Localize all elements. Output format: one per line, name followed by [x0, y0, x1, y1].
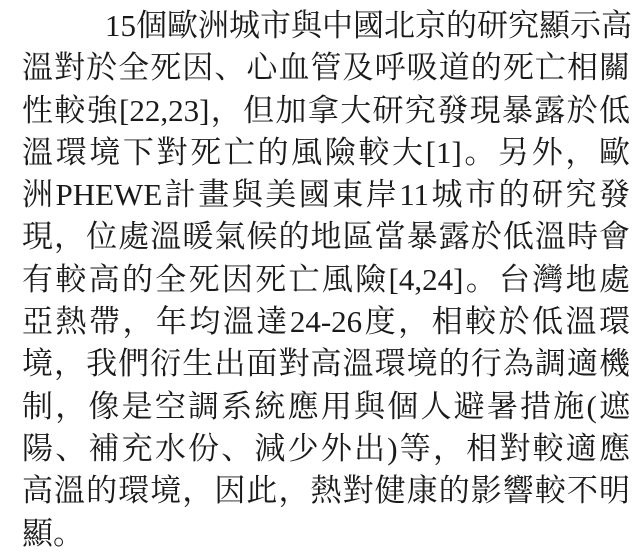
text-line: 15個歐洲城市與中國北京的研究顯示高 — [22, 5, 630, 47]
text-line: 陽、補充水份、減少外出)等，相對較適應 — [22, 428, 630, 470]
paragraph-block: 15個歐洲城市與中國北京的研究顯示高溫對於全死因、心血管及呼吸道的死亡相關性較強… — [22, 5, 630, 554]
text-line: 高溫的環境，因此，熱對健康的影響較不明 — [22, 470, 630, 512]
text-line: 境，我們衍生出面對高溫環境的行為調適機 — [22, 343, 630, 385]
document-page: 15個歐洲城市與中國北京的研究顯示高溫對於全死因、心血管及呼吸道的死亡相關性較強… — [0, 0, 643, 554]
text-line: 制，像是空調系統應用與個人避暑措施(遮 — [22, 386, 630, 428]
text-line: 有較高的全死因死亡風險[4,24]。台灣地處 — [22, 259, 630, 301]
text-line: 溫對於全死因、心血管及呼吸道的死亡相關 — [22, 47, 630, 89]
text-line: 性較強[22,23]，但加拿大研究發現暴露於低 — [22, 90, 630, 132]
text-line: 現，位處溫暖氣候的地區當暴露於低溫時會 — [22, 216, 630, 258]
text-line: 溫環境下對死亡的風險較大[1]。另外，歐 — [22, 132, 630, 174]
text-line: 亞熱帶，年均溫達24-26度，相較於低溫環 — [22, 301, 630, 343]
text-line: 洲PHEWE計畫與美國東岸11城市的研究發 — [22, 174, 630, 216]
text-line: 顯。 — [22, 513, 630, 554]
